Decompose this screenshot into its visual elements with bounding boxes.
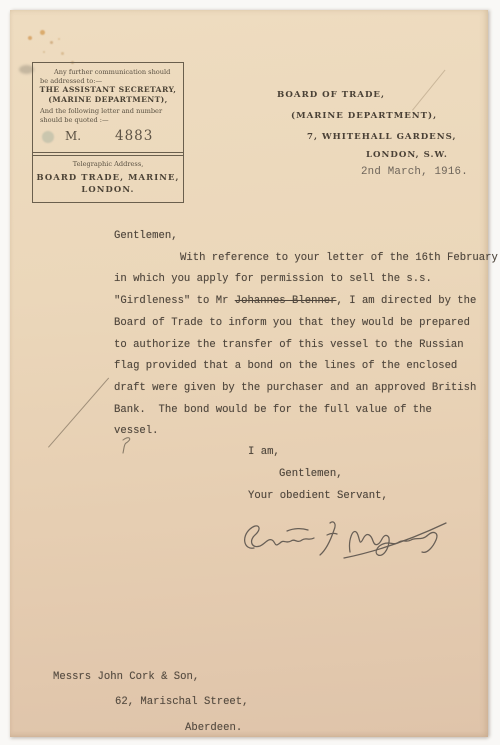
stamp-addressee-line2: (MARINE DEPARTMENT), <box>37 95 179 105</box>
pencil-check-line <box>48 378 109 448</box>
body-line: to authorize the transfer of this vessel… <box>114 335 486 357</box>
body-line: vessel. <box>114 421 486 443</box>
telegraphic-address-line1: BOARD TRADE, MARINE, <box>35 172 181 184</box>
body-line: draft were given by the purchaser and an… <box>114 378 486 400</box>
closing-i-am: I am, <box>248 446 280 458</box>
pencil-mark <box>120 434 136 456</box>
body-line: in which you apply for permission to sel… <box>114 269 486 291</box>
letter-date: 2nd March, 1916. <box>361 166 468 178</box>
embossed-stamp-circle <box>42 131 54 143</box>
reference-number: 4883 <box>115 128 153 144</box>
reference-letter: M. <box>65 129 81 143</box>
body-line: Bank. The bond would be for the full val… <box>114 400 486 422</box>
recipient-address: Messrs John Cork & Son, 62, Marischal St… <box>53 665 249 741</box>
closing-servant: Your obedient Servant, <box>248 490 388 502</box>
stamp-note-top: Any further communication should be addr… <box>37 68 179 85</box>
recipient-line3: Aberdeen. <box>53 716 249 741</box>
foxing-spot <box>50 41 53 44</box>
letterhead-org: BOARD OF TRADE, <box>277 90 385 100</box>
salutation: Gentlemen, <box>114 226 486 248</box>
letter-body: Gentlemen, With reference to your letter… <box>114 226 486 443</box>
closing-gentlemen: Gentlemen, <box>279 468 343 480</box>
paper-crease <box>412 70 446 111</box>
reference-number-row: M. 4883 <box>37 128 179 148</box>
foxing-spot <box>58 38 60 40</box>
recipient-line2: 62, Marischal Street, <box>53 690 249 715</box>
body-line: With reference to your letter of the 16t… <box>114 248 486 270</box>
stamp-box-lower: Telegraphic Address, BOARD TRADE, MARINE… <box>33 155 183 202</box>
foxing-spot <box>43 51 45 53</box>
body-line: Board of Trade to inform you that they w… <box>114 313 486 335</box>
stamp-addressee-line1: THE ASSISTANT SECRETARY, <box>37 85 179 95</box>
letterhead-street: 7, WHITEHALL GARDENS, <box>307 132 456 142</box>
body-line-part: , I am directed by the <box>337 295 477 307</box>
body-line-part: "Girdleness" to Mr <box>114 295 235 307</box>
struck-out-name: Johannes Blenner <box>235 295 337 307</box>
stamp-box-upper: Any further communication should be addr… <box>33 63 183 153</box>
letter-paper: Any further communication should be addr… <box>10 10 488 737</box>
body-line: "Girdleness" to Mr Johannes Blenner, I a… <box>114 291 486 313</box>
letterhead-city: LONDON, S.W. <box>366 150 448 160</box>
signature <box>232 508 454 566</box>
stamp-note-quote: And the following letter and number shou… <box>37 107 179 124</box>
foxing-spot <box>61 52 64 55</box>
telegraphic-address-line2: LONDON. <box>35 184 181 196</box>
foxing-spot <box>40 30 45 35</box>
letterhead-dept: (MARINE DEPARTMENT), <box>291 111 437 121</box>
foxing-spot <box>28 36 32 40</box>
recipient-line1: Messrs John Cork & Son, <box>53 665 249 690</box>
telegraphic-address-label: Telegraphic Address, <box>35 160 181 168</box>
body-line: flag provided that a bond on the lines o… <box>114 356 486 378</box>
reference-stamp-box: Any further communication should be addr… <box>32 62 184 203</box>
